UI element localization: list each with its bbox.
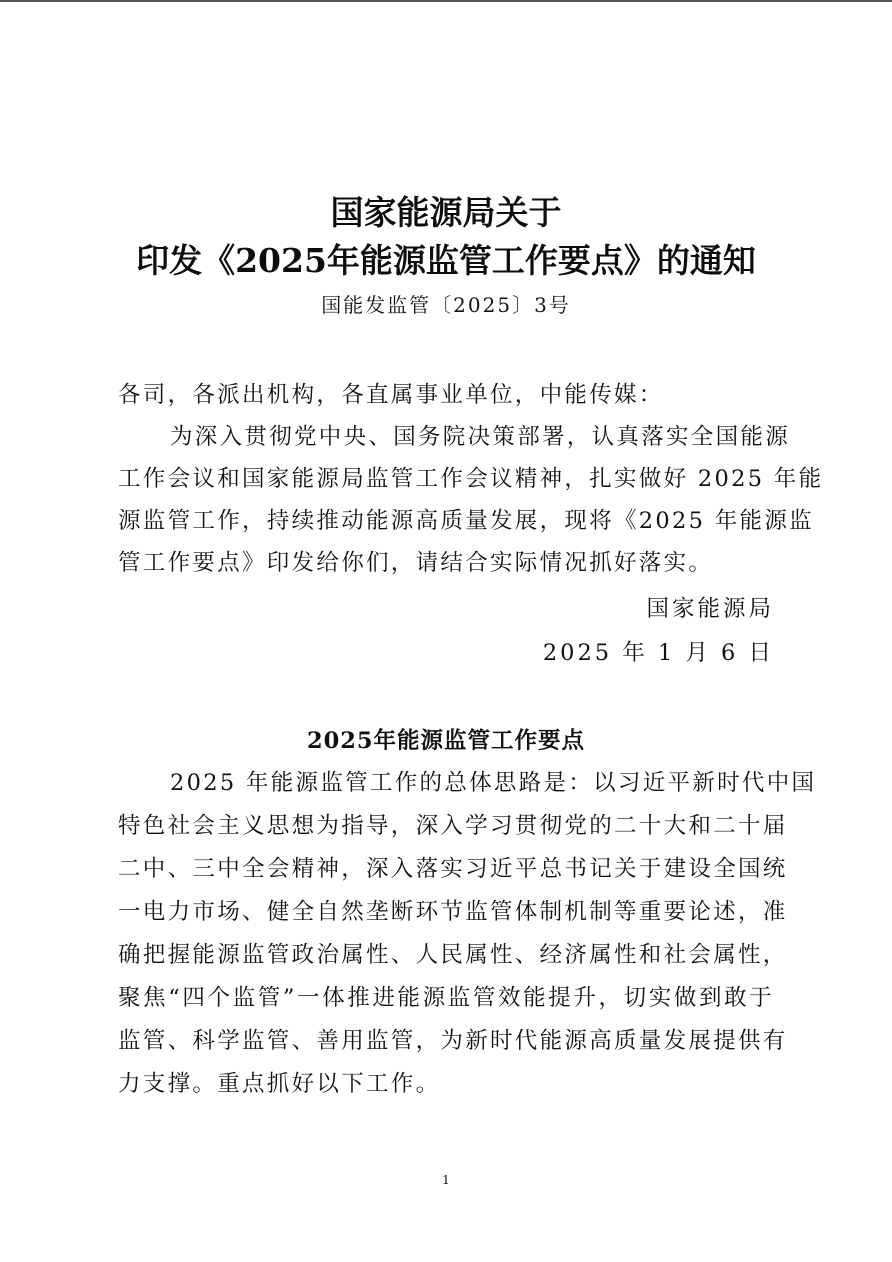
body-paragraph-line: 聚焦“四个监管”一体推进能源监管效能提升，切实做到敢于 <box>118 983 774 1013</box>
intro-paragraph-line: 工作会议和国家能源局监管工作会议精神，扎实做好 2025 年能 <box>118 464 774 494</box>
page-number: 1 <box>0 1172 892 1188</box>
signature-issuer: 国家能源局 <box>646 594 774 624</box>
document-number: 国能发监管〔2025〕3号 <box>0 290 892 320</box>
body-paragraph-line: 2025 年能源监管工作的总体思路是：以习近平新时代中国 <box>170 768 774 798</box>
body-paragraph-line: 确把握能源监管政治属性、人民属性、经济属性和社会属性， <box>118 940 774 970</box>
signature-date: 2025 年 1 月 6 日 <box>543 638 774 668</box>
salutation: 各司，各派出机构，各直属事业单位，中能传媒： <box>118 380 774 410</box>
document-title-line-2: 印发《2025年能源监管工作要点》的通知 <box>0 241 892 281</box>
body-paragraph-line: 一电力市场、健全自然垄断环节监管体制机制等重要论述，准 <box>118 897 774 927</box>
body-paragraph-line: 二中、三中全会精神，深入落实习近平总书记关于建设全国统 <box>118 854 774 884</box>
section-title: 2025年能源监管工作要点 <box>0 726 892 756</box>
page-top-border <box>0 0 892 2</box>
body-paragraph-line: 特色社会主义思想为指导，深入学习贯彻党的二十大和二十届 <box>118 811 774 841</box>
intro-paragraph-line: 管工作要点》印发给你们，请结合实际情况抓好落实。 <box>118 548 774 578</box>
document-title-line-1: 国家能源局关于 <box>0 193 892 233</box>
intro-paragraph-line: 为深入贯彻党中央、国务院决策部署，认真落实全国能源 <box>170 422 774 452</box>
body-paragraph-line: 力支撑。重点抓好以下工作。 <box>118 1069 774 1099</box>
intro-paragraph-line: 源监管工作，持续推动能源高质量发展，现将《2025 年能源监 <box>118 506 774 536</box>
body-paragraph-line: 监管、科学监管、善用监管，为新时代能源高质量发展提供有 <box>118 1026 774 1056</box>
